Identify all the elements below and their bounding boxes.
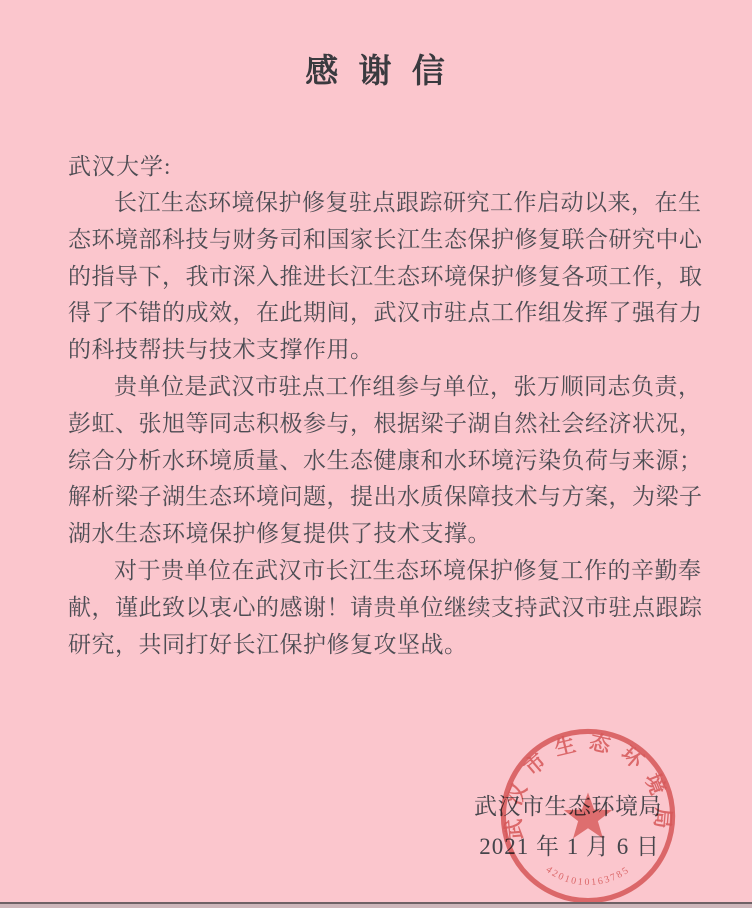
body-line: 的科技帮扶与技术支撑作用。: [68, 332, 688, 369]
body-line: 的指导下，我市深入推进长江生态环境保护修复各项工作，取: [68, 259, 688, 296]
scan-bottom-edge: [0, 902, 752, 908]
body-line: 综合分析水环境质量、水生态健康和水环境污染负荷与来源；: [68, 443, 688, 480]
salutation: 武汉大学:: [68, 148, 688, 185]
signature-date: 2021 年 1 月 6 日: [68, 827, 662, 867]
letter-content: 感 谢 信 武汉大学: 长江生态环境保护修复驻点跟踪研究工作启动以来，在生态环境…: [0, 0, 752, 867]
body-line: 态环境部科技与财务司和国家长江生态保护修复联合研究中心: [68, 222, 688, 259]
paragraph: 贵单位是武汉市驻点工作组参与单位，张万顺同志负责，彭虹、张旭等同志积极参与，根据…: [68, 369, 688, 553]
seal-serial-holder: 4201010163785: [544, 864, 632, 888]
signature-block: 武汉市生态环境局 2021 年 1 月 6 日: [68, 787, 688, 867]
letter-title: 感 谢 信: [68, 50, 688, 94]
body-line: 湖水生态环境保护修复提供了技术支撑。: [68, 516, 688, 553]
paragraph: 长江生态环境保护修复驻点跟踪研究工作启动以来，在生态环境部科技与财务司和国家长江…: [68, 185, 688, 369]
seal-serial-number: 4201010163785: [544, 864, 632, 888]
body-line: 研究，共同打好长江保护修复攻坚战。: [68, 627, 688, 664]
body-line: 献，谨此致以衷心的感谢！请贵单位继续支持武汉市驻点跟踪: [68, 590, 688, 627]
body-line: 贵单位是武汉市驻点工作组参与单位，张万顺同志负责，: [68, 369, 688, 406]
scanned-letter-page: 感 谢 信 武汉大学: 长江生态环境保护修复驻点跟踪研究工作启动以来，在生态环境…: [0, 0, 752, 908]
paragraph: 对于贵单位在武汉市长江生态环境保护修复工作的辛勤奉献，谨此致以衷心的感谢！请贵单…: [68, 553, 688, 663]
signature-org-name: 武汉市生态环境局: [68, 787, 662, 827]
letter-body: 长江生态环境保护修复驻点跟踪研究工作启动以来，在生态环境部科技与财务司和国家长江…: [68, 185, 688, 663]
body-line: 解析梁子湖生态环境问题，提出水质保障技术与方案，为梁子: [68, 479, 688, 516]
body-line: 彭虹、张旭等同志积极参与，根据梁子湖自然社会经济状况，: [68, 406, 688, 443]
body-line: 对于贵单位在武汉市长江生态环境保护修复工作的辛勤奉: [68, 553, 688, 590]
body-line: 长江生态环境保护修复驻点跟踪研究工作启动以来，在生: [68, 185, 688, 222]
body-line: 得了不错的成效，在此期间，武汉市驻点工作组发挥了强有力: [68, 295, 688, 332]
